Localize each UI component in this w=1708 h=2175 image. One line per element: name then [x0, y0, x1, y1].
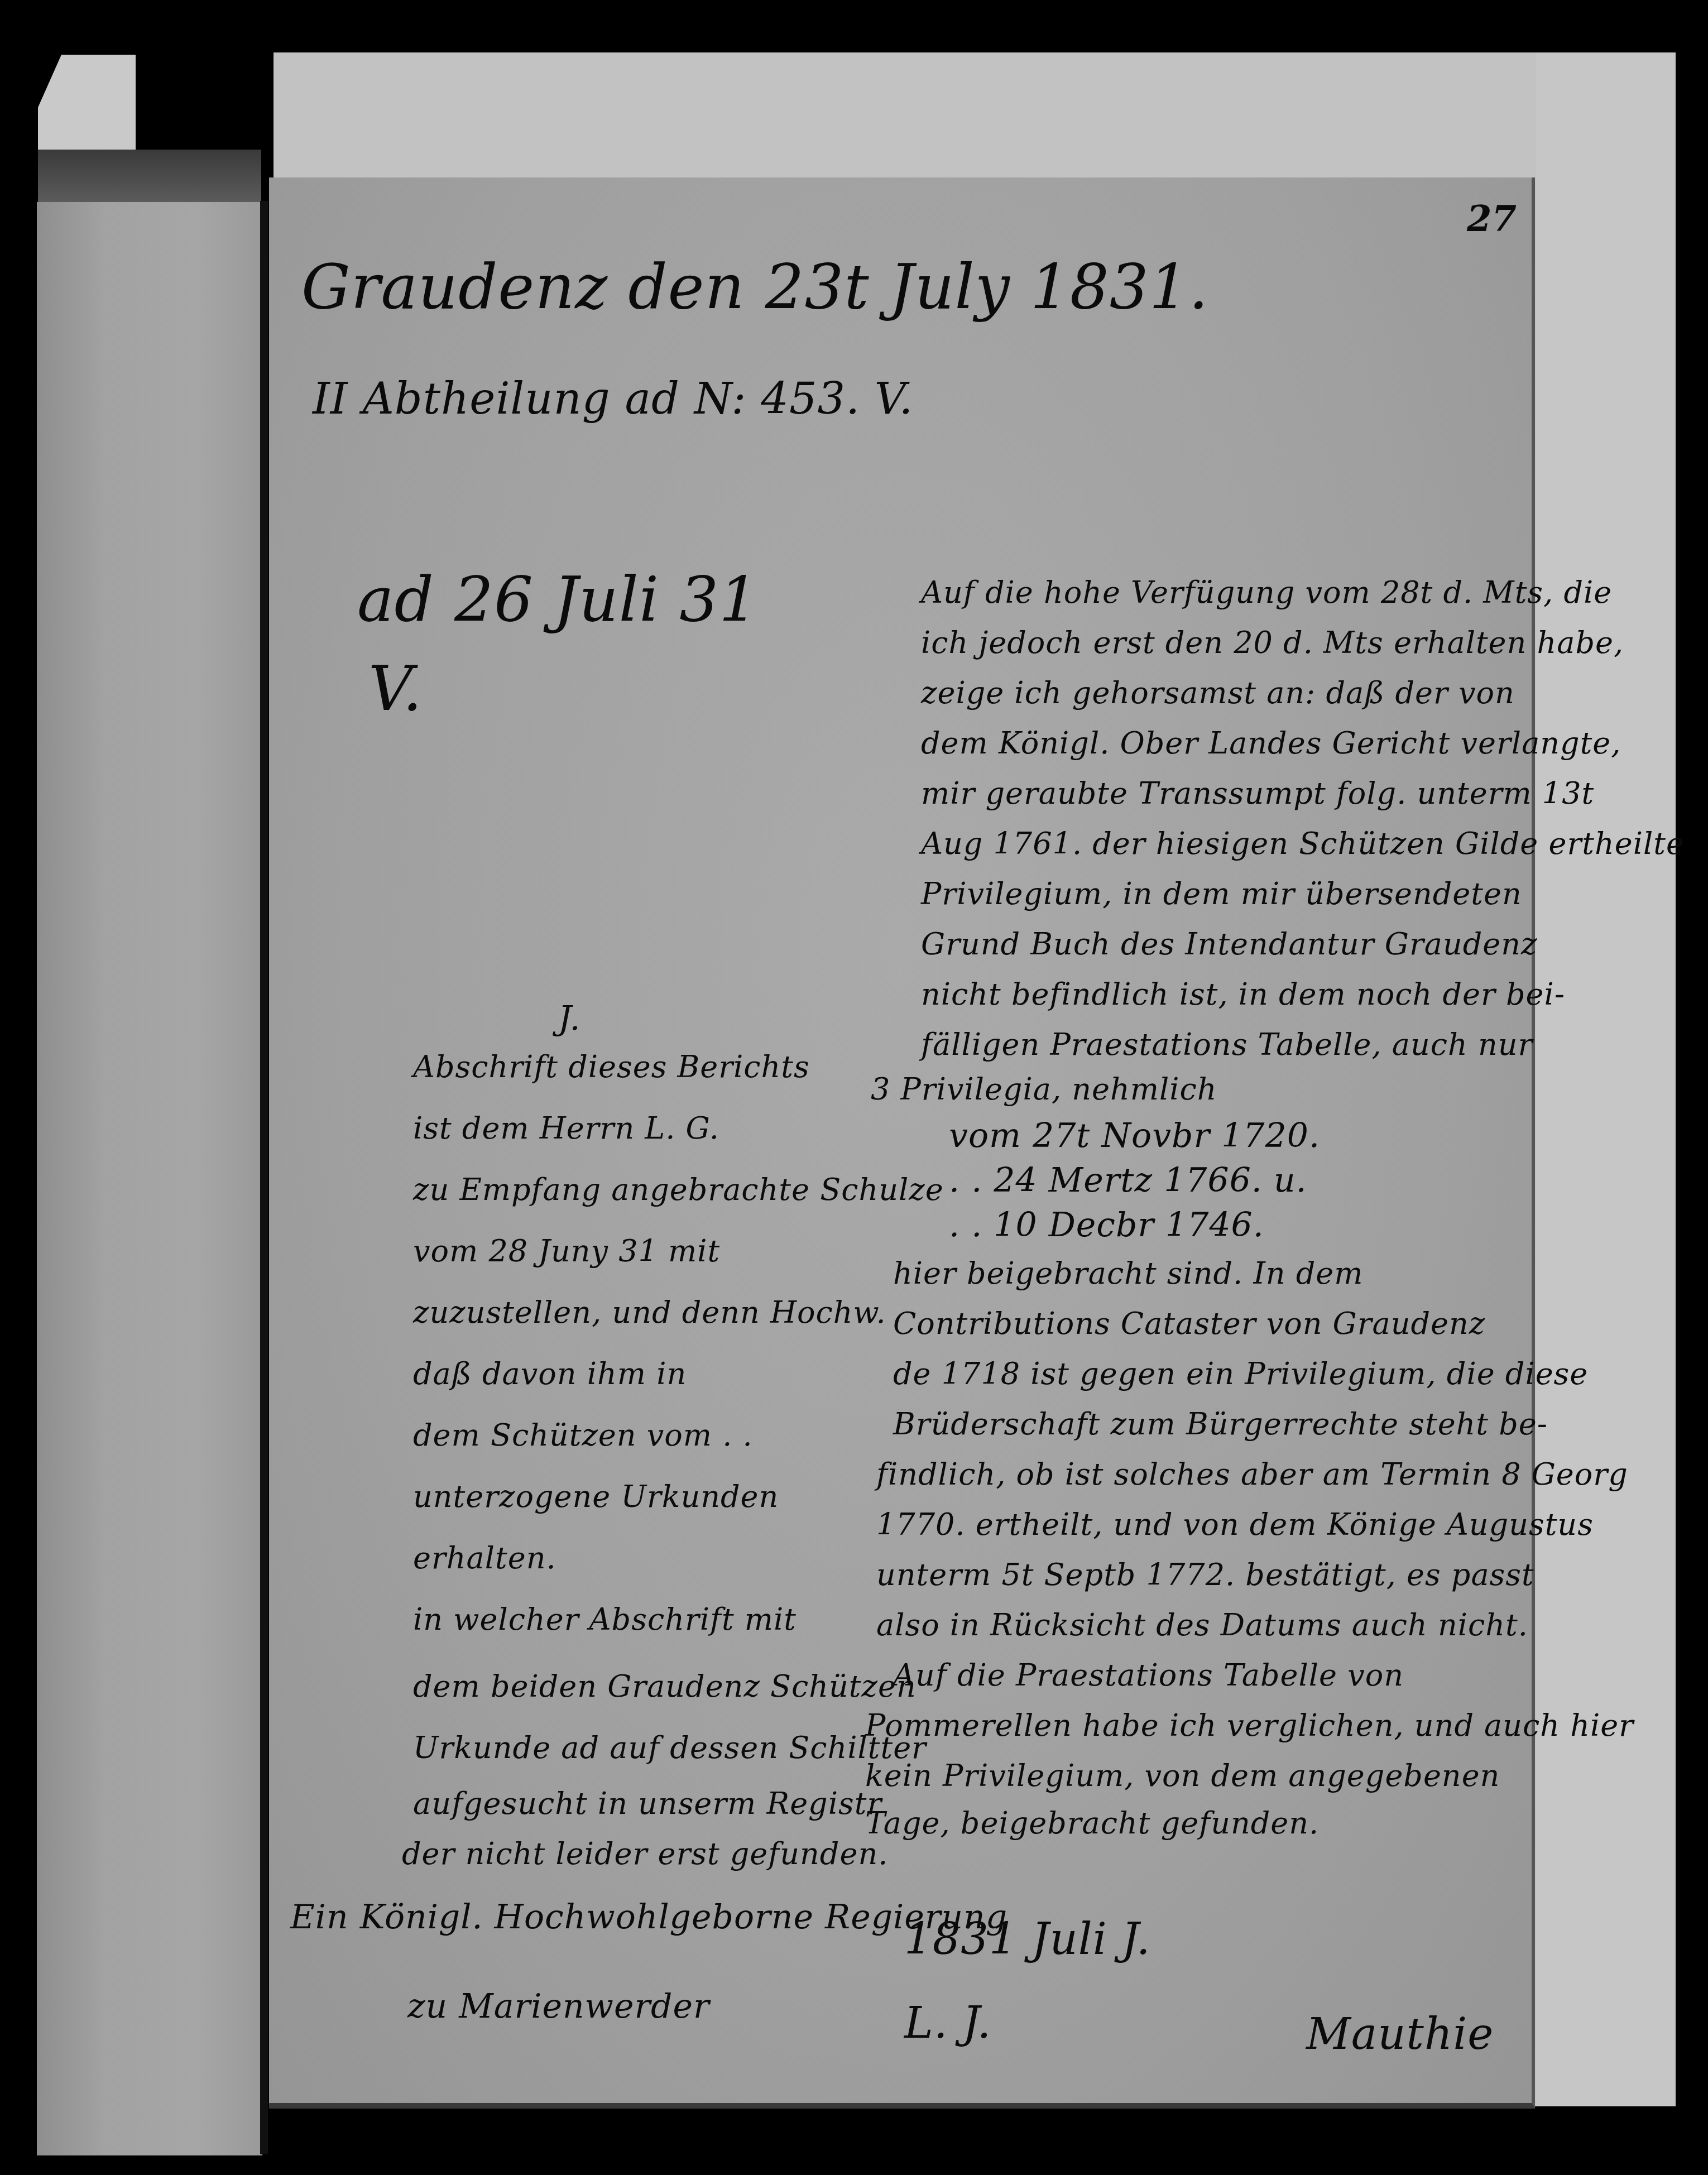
text-line: nicht befindlich ist, in dem noch der be…: [921, 977, 1565, 1012]
reference-number: II Abtheilung ad N: 453. V.: [313, 374, 913, 424]
text-line: fälligen Praestations Tabelle, auch nur: [921, 1027, 1533, 1062]
text-line: hier beigebracht sind. In dem: [893, 1256, 1363, 1291]
text-line: also in Rücksicht des Datums auch nicht.: [876, 1607, 1528, 1643]
text-line: de 1718 ist gegen ein Privilegium, die d…: [893, 1356, 1588, 1391]
text-line: mir geraubte Transsumpt folg. unterm 13t: [921, 776, 1594, 811]
place-date: Graudenz den 23t July 1831.: [301, 251, 1209, 323]
text-line: Aug 1761. der hiesigen Schützen Gilde er…: [921, 826, 1685, 861]
text-line: 3 Privilegia, nehmlich: [871, 1072, 1217, 1107]
text-line: Contributions Cataster von Graudenz: [893, 1306, 1485, 1341]
addressee-line-1: Ein Königl. Hochwohlgeborne Regierung: [290, 1898, 1007, 1937]
text-line: Brüderschaft zum Bürgerrechte steht be-: [893, 1406, 1548, 1442]
binding-strip: [37, 202, 262, 2155]
privilege-date-3: . . 10 Decbr 1746.: [949, 1206, 1264, 1245]
text-line: zu Empfang angebrachte Schulze: [413, 1172, 944, 1207]
text-line: unterzogene Urkunden: [413, 1479, 779, 1514]
page-gutter: [260, 201, 268, 2154]
signature: Mauthie: [1306, 2009, 1494, 2059]
text-line: Auf die Praestations Tabelle von: [893, 1658, 1404, 1693]
margin-note-mark: V.: [368, 653, 423, 724]
text-line: der nicht leider erst gefunden.: [402, 1836, 888, 1871]
page-number: 27: [1467, 198, 1517, 240]
text-line: Auf die hohe Verfügung vom 28t d. Mts, d…: [921, 575, 1612, 610]
back-leaf-margin: [1536, 52, 1676, 2106]
text-line: ich jedoch erst den 20 d. Mts erhalten h…: [921, 625, 1624, 660]
text-line: Tage, beigebracht gefunden.: [865, 1806, 1319, 1841]
text-line: 1770. ertheilt, und von dem Könige Augus…: [876, 1507, 1594, 1542]
text-line: dem Königl. Ober Landes Gericht verlangt…: [921, 726, 1621, 761]
binding-shadow: [38, 150, 261, 203]
privilege-date-1: vom 27t Novbr 1720.: [949, 1116, 1320, 1155]
section-mark: J.: [558, 999, 580, 1038]
closing-initials: L. J.: [904, 1998, 991, 2048]
text-line: Privilegium, in dem mir übersendeten: [921, 876, 1522, 911]
text-line: Pommerellen habe ich verglichen, und auc…: [865, 1708, 1634, 1743]
text-line: dem Schützen vom . .: [413, 1418, 753, 1453]
text-line: dem beiden Graudenz Schützen: [413, 1669, 917, 1704]
privilege-date-2: . . 24 Mertz 1766. u.: [949, 1161, 1307, 1200]
text-line: in welcher Abschrift mit: [413, 1602, 797, 1637]
text-line: ist dem Herrn L. G.: [413, 1111, 719, 1146]
text-line: Urkunde ad auf dessen Schiltter: [413, 1730, 927, 1765]
text-line: findlich, ob ist solches aber am Termin …: [876, 1457, 1628, 1492]
addressee-line-2: zu Marienwerder: [407, 1987, 710, 2026]
text-line: zuzustellen, und denn Hochw.: [413, 1295, 886, 1330]
margin-note-date: ad 26 Juli 31: [357, 564, 759, 635]
text-line: erhalten.: [413, 1540, 556, 1576]
text-line: unterm 5t Septb 1772. bestätigt, es pass…: [876, 1557, 1534, 1592]
text-line: daß davon ihm in: [413, 1356, 687, 1391]
closing-date-note: 1831 Juli J.: [904, 1914, 1151, 1965]
scan-background: 27 Graudenz den 23t July 1831. II Abthei…: [0, 0, 1708, 2175]
text-line: aufgesucht in unserm Registr: [413, 1786, 882, 1821]
text-line: vom 28 Juny 31 mit: [413, 1233, 720, 1269]
text-line: kein Privilegium, von dem angegebenen: [865, 1758, 1500, 1793]
text-line: Grund Buch des Intendantur Graudenz: [921, 926, 1538, 962]
text-line: Abschrift dieses Berichts: [413, 1049, 810, 1084]
binding-tab: [38, 55, 136, 151]
text-line: zeige ich gehorsamst an: daß der von: [921, 675, 1515, 710]
